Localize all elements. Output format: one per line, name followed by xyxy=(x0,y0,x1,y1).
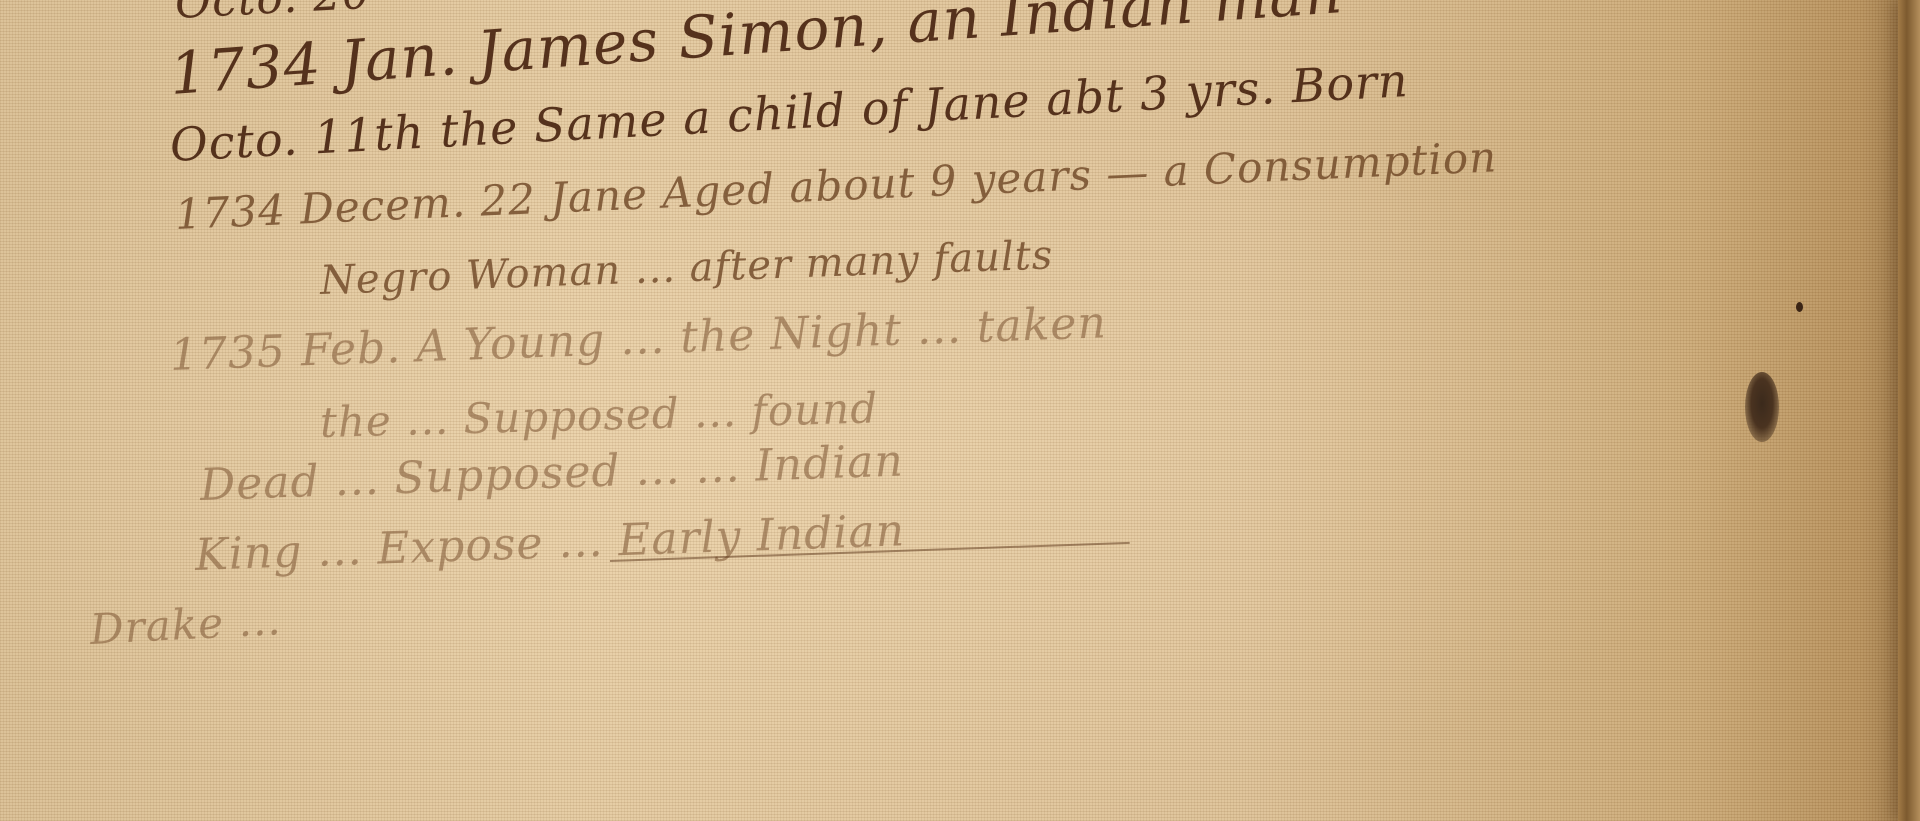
handwritten-line-0: Octo. 20 xyxy=(174,0,372,29)
ink-dot xyxy=(1796,302,1803,312)
handwritten-line-7: Dead ... Supposed ... ... Indian xyxy=(199,435,904,511)
ink-blot xyxy=(1745,372,1779,442)
handwritten-line-6: the ... Supposed ... found xyxy=(319,383,878,447)
handwritten-line-9: Drake ... xyxy=(89,595,283,654)
manuscript-page: Octo. 20 1734 Jan. James Simon, an India… xyxy=(0,0,1920,821)
handwritten-line-5: 1735 Feb. A Young ... the Night ... take… xyxy=(169,297,1107,381)
handwritten-line-8: King ... Expose ... Early Indian xyxy=(194,505,906,581)
binding-edge xyxy=(1898,0,1920,821)
handwritten-line-4: Negro Woman ... after many faults xyxy=(319,232,1054,304)
